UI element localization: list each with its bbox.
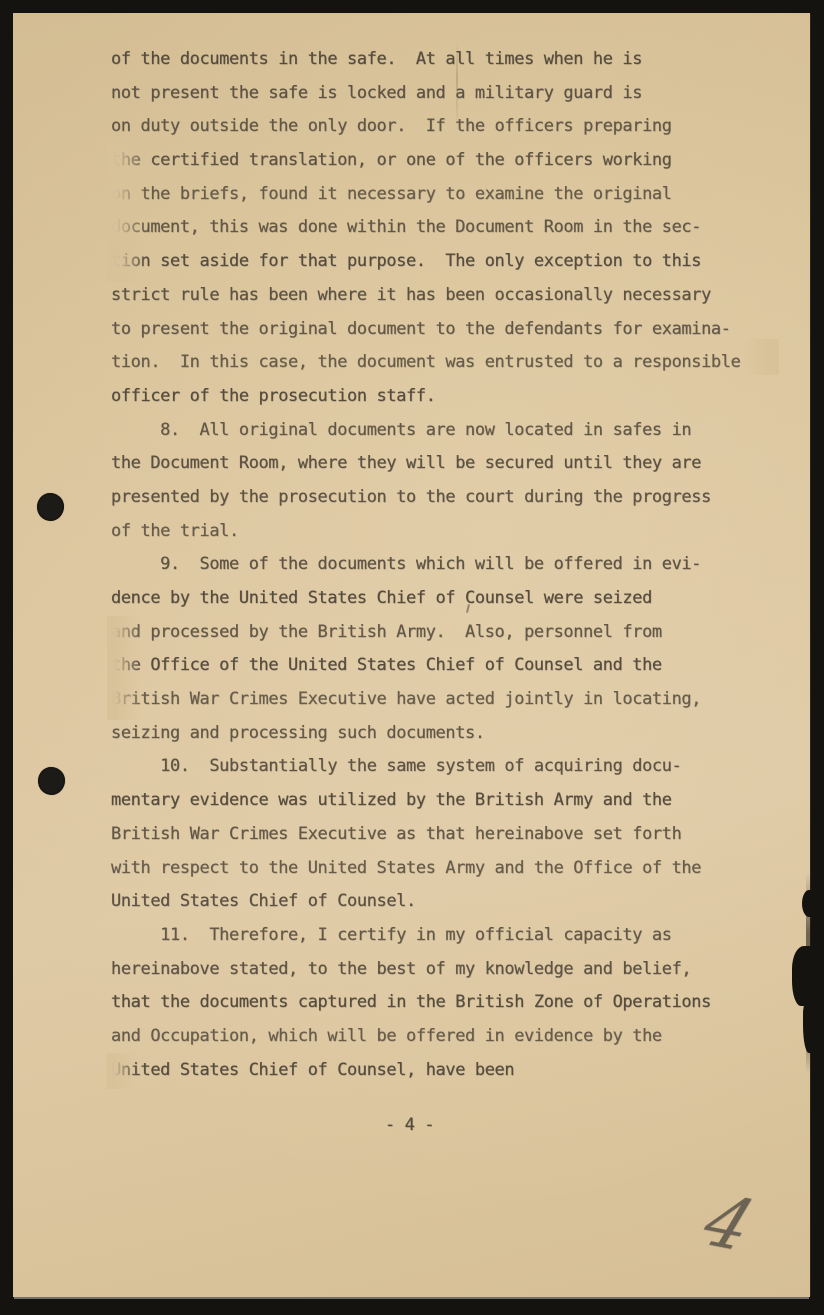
typed-line: 9. Some of the documents which will be o… [111, 548, 740, 582]
typed-line: of the trial. [111, 515, 740, 549]
typed-line: on duty outside the only door. If the of… [111, 110, 740, 144]
typed-line: and processed by the British Army. Also,… [111, 616, 740, 650]
paper-crease [456, 43, 458, 131]
scan-edge-mark [802, 890, 812, 917]
typed-line: document, this was done within the Docum… [111, 211, 740, 245]
typed-line: tion. In this case, the document was ent… [111, 346, 740, 380]
typed-line: strict rule has been where it has been o… [111, 279, 740, 313]
ink-fade-overlay [107, 1053, 137, 1089]
hole-punch [37, 493, 64, 521]
typed-line: 10. Substantially the same system of acq… [111, 750, 740, 784]
typed-line: tion set aside for that purpose. The onl… [111, 245, 740, 279]
typed-line: the Office of the United States Chief of… [111, 649, 740, 683]
typed-line: the certified translation, or one of the… [111, 144, 740, 178]
ink-fade-overlay [743, 339, 779, 375]
typed-line: officer of the prosecution staff. [111, 380, 740, 414]
typed-line: United States Chief of Counsel. [111, 885, 740, 919]
handwritten-page-number: 4 [694, 1186, 761, 1262]
page-number: - 4 - [385, 1109, 434, 1143]
typed-line: British War Crimes Executive as that her… [111, 818, 740, 852]
typed-line: of the documents in the safe. At all tim… [111, 43, 740, 77]
typed-line: not present the safe is locked and a mil… [111, 77, 740, 111]
typed-line: with respect to the United States Army a… [111, 852, 740, 886]
typed-line: dence by the United States Chief of Coun… [111, 582, 740, 616]
typed-line: British War Crimes Executive have acted … [111, 683, 740, 717]
typed-line: the Document Room, where they will be se… [111, 447, 740, 481]
typed-line: to present the original document to the … [111, 313, 740, 347]
typed-line: that the documents captured in the Briti… [111, 986, 740, 1020]
typed-line: and Occupation, which will be offered in… [111, 1020, 740, 1054]
typed-text-block: of the documents in the safe. At all tim… [111, 43, 740, 1087]
hole-punch [38, 767, 65, 795]
typed-line: seizing and processing such documents. [111, 717, 740, 751]
typed-line: 11. Therefore, I certify in my official … [111, 919, 740, 953]
typed-line: hereinabove stated, to the best of my kn… [111, 953, 740, 987]
scan-edge-mark [803, 997, 812, 1053]
ink-fade-overlay [107, 616, 141, 720]
typed-line: 8. All original documents are now locate… [111, 414, 740, 448]
typed-line: on the briefs, found it necessary to exa… [111, 178, 740, 212]
document-page: of the documents in the safe. At all tim… [13, 13, 810, 1297]
ink-fade-overlay [107, 144, 147, 282]
typed-line: United States Chief of Counsel, have bee… [111, 1054, 740, 1088]
typed-line: mentary evidence was utilized by the Bri… [111, 784, 740, 818]
typed-line: presented by the prosecution to the cour… [111, 481, 740, 515]
scan-background: of the documents in the safe. At all tim… [0, 0, 824, 1315]
